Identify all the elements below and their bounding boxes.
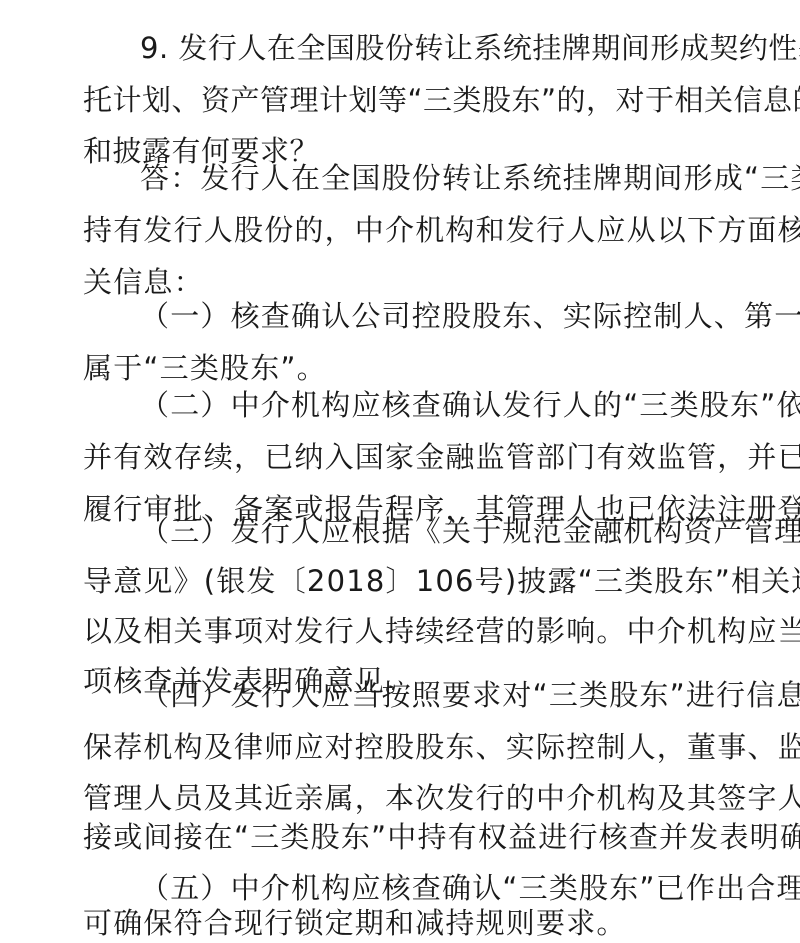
- item-5-line-2: 可确保符合现行锁定期和减持规则要求。: [83, 903, 743, 943]
- question-line-2: 托计划、资产管理计划等“三类股东”的，对于相关信息的核查: [83, 80, 743, 120]
- answer-intro-line-2: 持有发行人股份的，中介机构和发行人应从以下方面核查披露相: [83, 210, 743, 250]
- item-3-line-1: （三）发行人应根据《关于规范金融机构资产管理业务的指: [140, 511, 743, 551]
- item-2-line-2: 并有效存续，已纳入国家金融监管部门有效监管，并已按照规定: [83, 437, 743, 477]
- item-1-line-1: （一）核查确认公司控股股东、实际控制人、第一大股东不: [140, 296, 743, 336]
- item-4-line-1: （四）发行人应当按照要求对“三类股东”进行信息披露。: [140, 675, 743, 715]
- item-4-line-2: 保荐机构及律师应对控股股东、实际控制人，董事、监事、高级: [83, 727, 743, 767]
- question-line-1: 9. 发行人在全国股份转让系统挂牌期间形成契约性基金、信: [140, 28, 743, 68]
- item-2-line-1: （二）中介机构应核查确认发行人的“三类股东”依法设立: [140, 385, 743, 425]
- item-1-line-2: 属于“三类股东”。: [83, 348, 743, 388]
- item-4-line-3: 管理人员及其近亲属，本次发行的中介机构及其签字人员是否直: [83, 778, 743, 818]
- item-5-line-1: （五）中介机构应核查确认“三类股东”已作出合理安排，: [140, 868, 743, 908]
- item-3-line-3: 以及相关事项对发行人持续经营的影响。中介机构应当对前述事: [83, 611, 743, 651]
- answer-intro-line-1: 答：发行人在全国股份转让系统挂牌期间形成“三类股东”: [140, 158, 743, 198]
- document-page: 9. 发行人在全国股份转让系统挂牌期间形成契约性基金、信 托计划、资产管理计划等…: [0, 0, 800, 943]
- item-3-line-2: 导意见》(银发〔2018〕106号)披露“三类股东”相关过渡期安排，: [83, 561, 743, 601]
- item-4-line-4: 接或间接在“三类股东”中持有权益进行核查并发表明确意见。: [83, 817, 743, 857]
